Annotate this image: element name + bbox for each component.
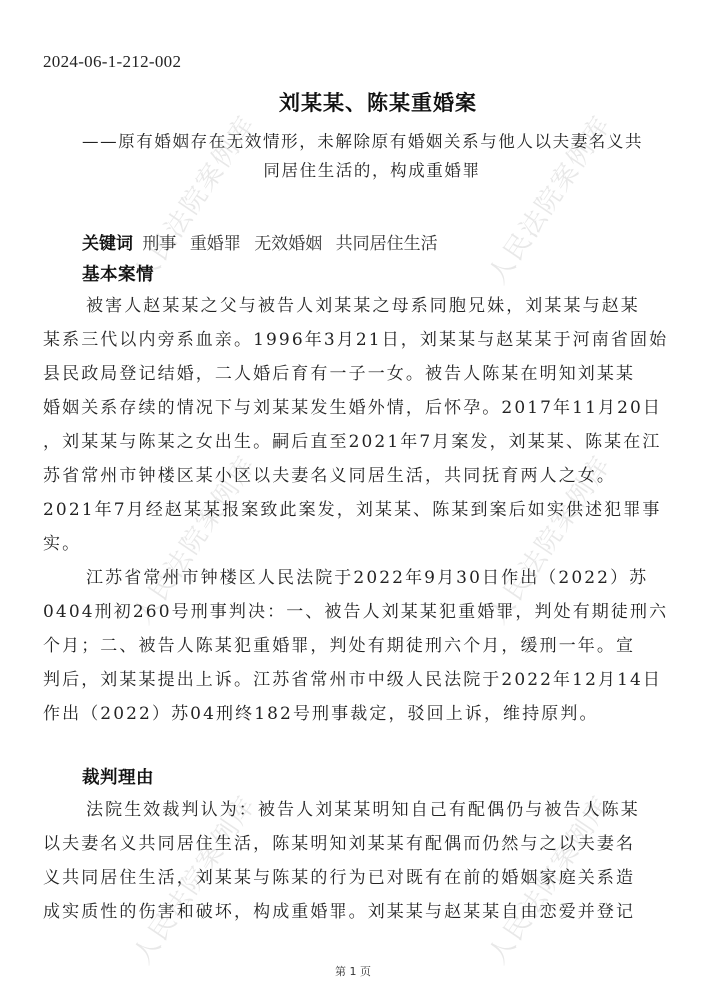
keyword: 刑事 — [142, 234, 176, 254]
subtitle-line-2: 同居住生活的，构成重婚罪 — [72, 156, 672, 185]
text-line: 成实质性的伤害和破坏，构成重婚罪。刘某某与赵某某自由恋爱并登记 — [43, 895, 665, 929]
text-line: 实。 — [43, 527, 665, 561]
keyword: 重婚罪 — [190, 234, 241, 254]
text-line: 某系三代以内旁系血亲。1996年3月21日，刘某某与赵某某于河南省固始 — [43, 323, 665, 357]
text-line: 县民政局登记结婚，二人婚后育有一子一女。被告人陈某在明知刘某某 — [43, 357, 665, 391]
text-line: 2021年7月经赵某某报案致此案发，刘某某、陈某到案后如实供述犯罪事 — [43, 493, 665, 527]
paragraph: 江苏省常州市钟楼区人民法院于2022年9月30日作出（2022）苏 0404刑初… — [43, 561, 665, 731]
keyword: 无效婚姻 — [254, 234, 322, 254]
subtitle-line-1: ——原有婚姻存在无效情形，未解除原有婚姻关系与他人以夫妻名义共 — [82, 132, 643, 151]
text-line: 判后，刘某某提出上诉。江苏省常州市中级人民法院于2022年12月14日 — [43, 663, 665, 697]
text-line: 0404刑初260号刑事判决：一、被告人刘某某犯重婚罪，判处有期徒刑六 — [43, 595, 665, 629]
keyword: 共同居住生活 — [336, 234, 438, 254]
page-number: 第 1 页 — [0, 963, 706, 979]
section-heading-reasoning: 裁判理由 — [82, 764, 154, 789]
text-line: 江苏省常州市钟楼区人民法院于2022年9月30日作出（2022）苏 — [43, 561, 665, 595]
text-line: ，刘某某与陈某之女出生。嗣后直至2021年7月案发，刘某某、陈某在江 — [43, 425, 665, 459]
text-line: 苏省常州市钟楼区某小区以夫妻名义同居生活，共同抚育两人之女。 — [43, 459, 665, 493]
keywords: 关键词 刑事 重婚罪 无效婚姻 共同居住生活 — [82, 229, 446, 254]
text-line: 个月；二、被告人陈某犯重婚罪，判处有期徒刑六个月，缓刑一年。宣 — [43, 629, 665, 663]
case-title: 刘某某、陈某重婚案 — [0, 87, 706, 117]
section-heading-basic-facts: 基本案情 — [82, 261, 154, 286]
text-line: 被害人赵某某之父与被告人刘某某之母系同胞兄妹，刘某某与赵某 — [43, 289, 665, 323]
keywords-label: 关键词 — [82, 234, 133, 254]
paragraph: 法院生效裁判认为：被告人刘某某明知自己有配偶仍与被告人陈某 以夫妻名义共同居住生… — [43, 793, 665, 929]
text-line: 法院生效裁判认为：被告人刘某某明知自己有配偶仍与被告人陈某 — [43, 793, 665, 827]
document-page: 人民法院案例库 人民法院案例库 人民法院案例库 人民法院案例库 人民法院案例库 … — [0, 0, 706, 999]
text-line: 作出（2022）苏04刑终182号刑事裁定，驳回上诉，维持原判。 — [43, 697, 665, 731]
paragraph: 被害人赵某某之父与被告人刘某某之母系同胞兄妹，刘某某与赵某 某系三代以内旁系血亲… — [43, 289, 665, 561]
case-subtitle: ——原有婚姻存在无效情形，未解除原有婚姻关系与他人以夫妻名义共 同居住生活的，构… — [82, 127, 672, 185]
text-line: 义共同居住生活，刘某某与陈某的行为已对既有在前的婚姻家庭关系造 — [43, 861, 665, 895]
text-line: 婚姻关系存续的情况下与刘某某发生婚外情，后怀孕。2017年11月20日 — [43, 391, 665, 425]
text-line: 以夫妻名义共同居住生活，陈某明知刘某某有配偶而仍然与之以夫妻名 — [43, 827, 665, 861]
case-number: 2024-06-1-212-002 — [43, 52, 181, 72]
